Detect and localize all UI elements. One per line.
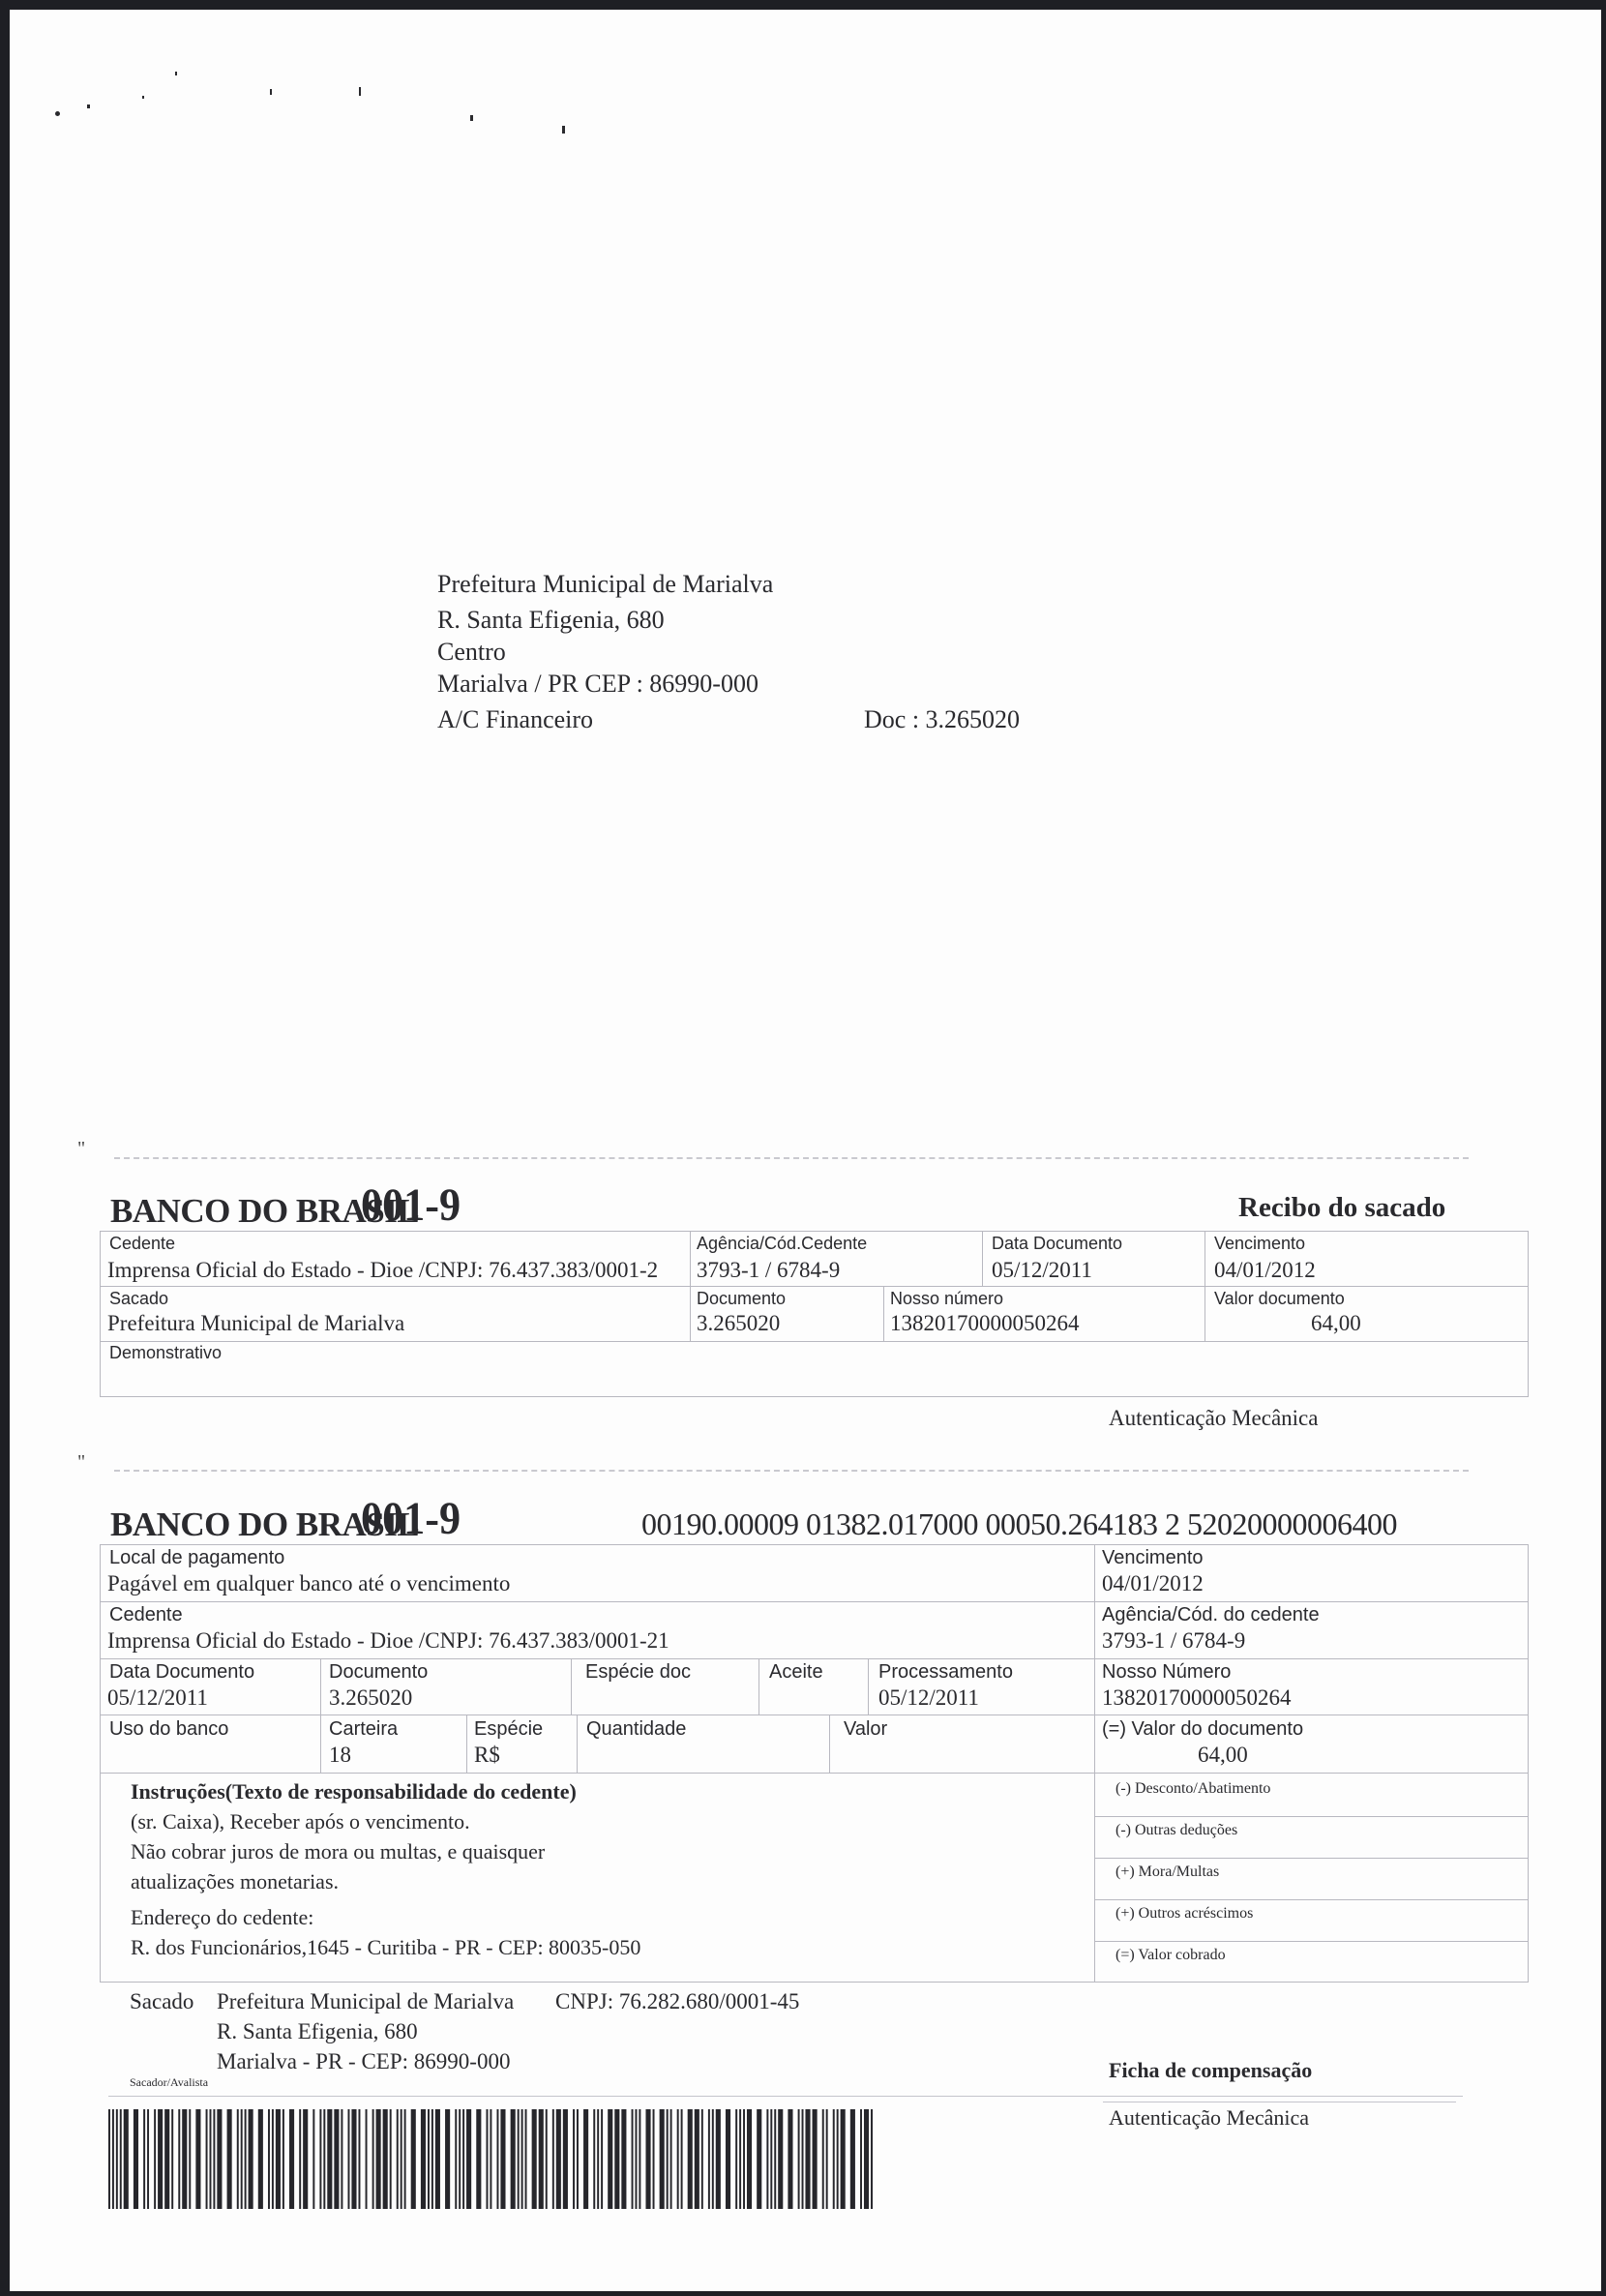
col-divider xyxy=(883,1286,884,1341)
row-divider xyxy=(100,1544,1529,1545)
instructions-title: Instruções(Texto de responsabilidade do … xyxy=(131,1776,640,1806)
col-divider xyxy=(466,1715,467,1773)
slip-nosso-numero-label: Nosso Número xyxy=(1102,1661,1231,1684)
receipt-bank-code: 001-9 xyxy=(361,1178,461,1232)
row-divider xyxy=(1094,1941,1528,1942)
row-divider xyxy=(100,1286,1529,1287)
quantidade-label: Quantidade xyxy=(586,1718,686,1741)
col-divider xyxy=(982,1231,983,1286)
instruction-line: atualizações monetarias. xyxy=(131,1866,640,1896)
agencia-value: 3793-1 / 6784-9 xyxy=(697,1258,840,1283)
data-documento-value: 05/12/2011 xyxy=(992,1258,1092,1283)
valor-doc-value: 64,00 xyxy=(1198,1743,1248,1768)
demonstrativo-label: Demonstrativo xyxy=(109,1343,222,1363)
adjustment-outras-deducoes: (-) Outras deduções xyxy=(1115,1822,1237,1839)
sacado-label: Sacado xyxy=(109,1289,168,1309)
carteira-value: 18 xyxy=(329,1743,351,1768)
processamento-label: Processamento xyxy=(878,1661,1013,1684)
especie-label: Espécie xyxy=(474,1718,543,1741)
valor-label: Valor xyxy=(844,1718,887,1741)
recipient-city: Marialva / PR CEP : 86990-000 xyxy=(437,668,773,700)
valor-doc-label: (=) Valor do documento xyxy=(1102,1718,1303,1741)
slip-sacado-label: Sacado xyxy=(130,1986,193,2016)
vencimento-value: 04/01/2012 xyxy=(1214,1258,1316,1283)
col-divider xyxy=(758,1658,759,1715)
cedente-value: Imprensa Oficial do Estado - Dioe /CNPJ:… xyxy=(107,1258,658,1283)
slip-vencimento-label: Vencimento xyxy=(1102,1547,1204,1569)
cut-line xyxy=(114,1157,1469,1159)
slip-authentication: Autenticação Mecânica xyxy=(1109,2105,1309,2131)
uso-banco-label: Uso do banco xyxy=(109,1718,228,1741)
row-divider xyxy=(1103,2102,1456,2102)
adjustment-mora-multas: (+) Mora/Multas xyxy=(1115,1864,1219,1881)
row-divider xyxy=(100,1341,1529,1342)
cut-mark: " xyxy=(77,1138,85,1160)
slip-vencimento-value: 04/01/2012 xyxy=(1102,1571,1204,1596)
row-divider xyxy=(1094,1899,1528,1900)
col-divider xyxy=(571,1658,572,1715)
slip-data-documento-value: 05/12/2011 xyxy=(107,1685,208,1711)
slip-bank-code: 001-9 xyxy=(361,1492,461,1545)
col-divider xyxy=(1528,1544,1529,1982)
agencia-label: Agência/Cód.Cedente xyxy=(697,1234,867,1254)
aceite-label: Aceite xyxy=(769,1661,823,1684)
row-divider xyxy=(100,1773,1529,1774)
data-documento-label: Data Documento xyxy=(992,1234,1122,1254)
vencimento-label: Vencimento xyxy=(1214,1234,1305,1254)
row-divider xyxy=(1094,1858,1528,1859)
recipient-attention: A/C Financeiro xyxy=(437,703,773,735)
slip-sacado-cnpj: CNPJ: 76.282.680/0001-45 xyxy=(555,1986,799,2016)
col-divider xyxy=(1094,1544,1095,1982)
especie-value: R$ xyxy=(474,1743,500,1768)
row-divider xyxy=(1094,1816,1528,1817)
recipient-name: Prefeitura Municipal de Marialva xyxy=(437,568,773,600)
slip-agencia-value: 3793-1 / 6784-9 xyxy=(1102,1628,1245,1654)
slip-nosso-numero-value: 13820170000050264 xyxy=(1102,1685,1292,1711)
barcode-icon xyxy=(108,2109,873,2209)
slip-cedente-label: Cedente xyxy=(109,1604,183,1626)
slip-documento-label: Documento xyxy=(329,1661,428,1684)
col-divider xyxy=(690,1231,691,1341)
recipient-district: Centro xyxy=(437,636,773,668)
especie-doc-label: Espécie doc xyxy=(585,1661,691,1684)
instruction-line: Não cobrar juros de mora ou multas, e qu… xyxy=(131,1836,640,1866)
col-divider xyxy=(868,1658,869,1715)
row-divider xyxy=(100,1715,1529,1715)
slip-sacado-city: Marialva - PR - CEP: 86990-000 xyxy=(217,2046,510,2076)
slip-sacado-street: R. Santa Efigenia, 680 xyxy=(217,2016,418,2046)
cedente-address-value: R. dos Funcionários,1645 - Curitiba - PR… xyxy=(131,1932,640,1962)
local-pagamento-label: Local de pagamento xyxy=(109,1547,284,1569)
documento-value: 3.265020 xyxy=(697,1311,780,1336)
cut-line xyxy=(114,1470,1469,1472)
documento-label: Documento xyxy=(697,1289,786,1309)
adjustment-outros-acrescimos: (+) Outros acréscimos xyxy=(1115,1905,1253,1923)
cedente-label: Cedente xyxy=(109,1234,175,1254)
col-divider xyxy=(320,1658,321,1773)
sacado-value: Prefeitura Municipal de Marialva xyxy=(107,1311,404,1336)
row-divider xyxy=(100,1982,1529,1983)
local-pagamento-value: Pagável em qualquer banco até o vencimen… xyxy=(107,1571,510,1596)
row-divider xyxy=(100,1601,1529,1602)
slip-documento-value: 3.265020 xyxy=(329,1685,412,1711)
cedente-address-label: Endereço do cedente: xyxy=(131,1902,640,1932)
carteira-label: Carteira xyxy=(329,1718,398,1741)
slip-data-documento-label: Data Documento xyxy=(109,1661,254,1684)
doc-reference: Doc : 3.265020 xyxy=(864,705,1020,734)
valor-documento-value: 64,00 xyxy=(1311,1311,1361,1336)
recipient-street: R. Santa Efigenia, 680 xyxy=(437,604,773,636)
col-divider xyxy=(577,1715,578,1773)
nosso-numero-label: Nosso número xyxy=(890,1289,1003,1309)
sacador-avalista-label: Sacador/Avalista xyxy=(130,2075,208,2090)
receipt-title: Recibo do sacado xyxy=(1238,1192,1445,1224)
slip-cedente-value: Imprensa Oficial do Estado - Dioe /CNPJ:… xyxy=(107,1628,669,1654)
recipient-address: Prefeitura Municipal de Marialva R. Sant… xyxy=(437,568,773,735)
cut-mark: " xyxy=(77,1451,85,1474)
row-divider xyxy=(100,1658,1529,1659)
ficha-compensacao-title: Ficha de compensação xyxy=(1109,2058,1312,2083)
adjustment-valor-cobrado: (=) Valor cobrado xyxy=(1115,1947,1226,1964)
col-divider xyxy=(829,1715,830,1773)
col-divider xyxy=(100,1544,101,1982)
slip-agencia-label: Agência/Cód. do cedente xyxy=(1102,1604,1320,1626)
instructions-block: Instruções(Texto de responsabilidade do … xyxy=(131,1776,640,1962)
nosso-numero-value: 13820170000050264 xyxy=(890,1311,1080,1336)
slip-sacado-name: Prefeitura Municipal de Marialva xyxy=(217,1986,514,2016)
adjustment-desconto: (-) Desconto/Abatimento xyxy=(1115,1780,1270,1798)
receipt-authentication: Autenticação Mecânica xyxy=(1109,1406,1318,1431)
processamento-value: 05/12/2011 xyxy=(878,1685,979,1711)
row-divider xyxy=(108,2096,1463,2097)
digitable-line[interactable]: 00190.00009 01382.017000 00050.264183 2 … xyxy=(641,1506,1397,1542)
col-divider xyxy=(1204,1231,1205,1341)
valor-documento-label: Valor documento xyxy=(1214,1289,1345,1309)
instruction-line: (sr. Caixa), Receber após o vencimento. xyxy=(131,1806,640,1836)
